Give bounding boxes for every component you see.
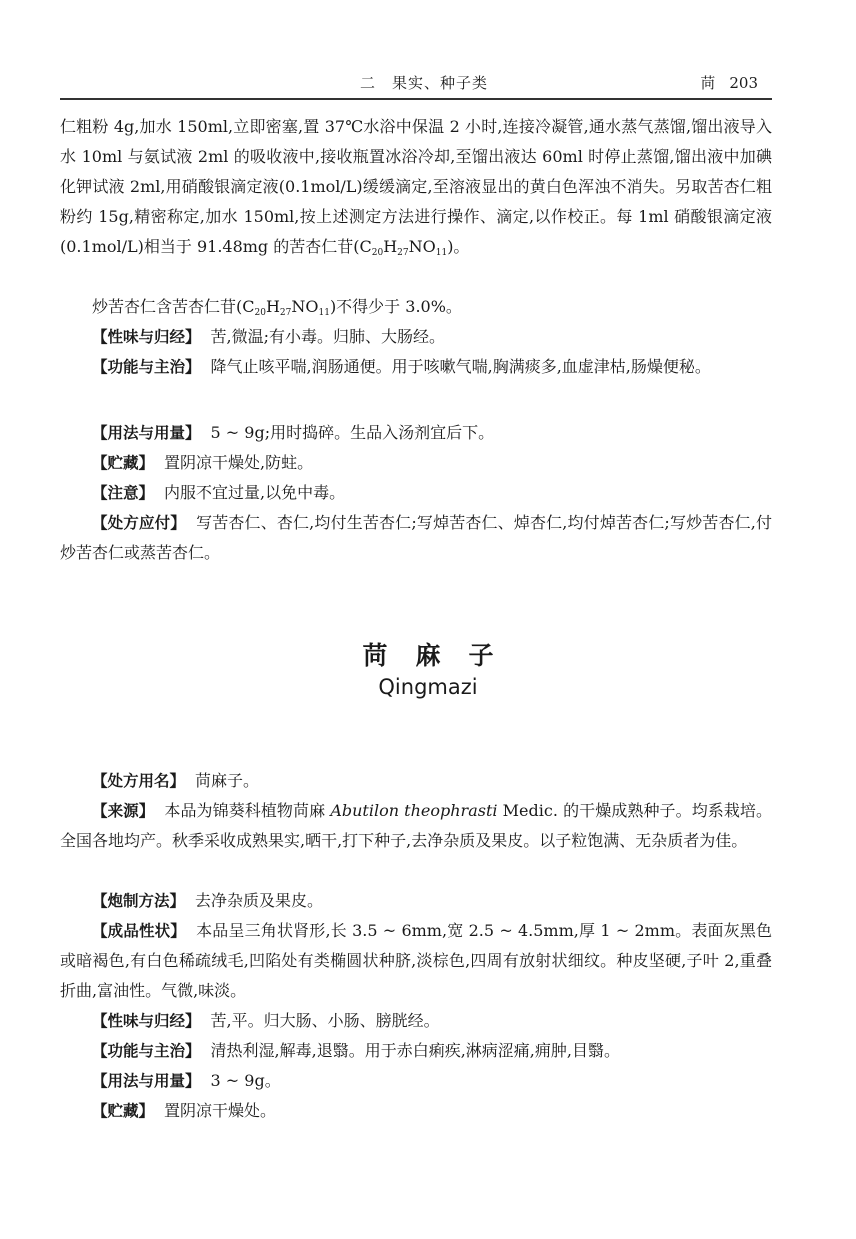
latin-name: Abutilon theophrasti	[330, 801, 497, 820]
prev-section-nature: 【性味与归经】苦,微温;有小毒。归肺、大肠经。	[60, 322, 772, 352]
prev-section-dispensing: 【处方应付】写苦杏仁、杏仁,均付生苦杏仁;写焯苦杏仁、焯杏仁,均付焯苦杏仁;写炒…	[60, 508, 772, 568]
prev-section-caution: 【注意】内服不宜过量,以免中毒。	[60, 478, 772, 508]
running-entry-char: 苘	[700, 74, 715, 92]
running-section-title: 二 果实、种子类	[360, 72, 488, 93]
prev-section-dosage: 【用法与用量】5 ~ 9g;用时捣碎。生品入汤剂宜后下。	[60, 418, 772, 448]
section-dosage: 【用法与用量】3 ~ 9g。	[60, 1066, 772, 1096]
page-header: 二 果实、种子类 苘203	[60, 70, 772, 98]
section-processing: 【炮制方法】去净杂质及果皮。	[60, 886, 772, 916]
prev-section-storage: 【贮藏】置阴凉干燥处,防蛀。	[60, 448, 772, 478]
prev-section-function: 【功能与主治】降气止咳平喘,润肠通便。用于咳嗽气喘,胸满痰多,血虚津枯,肠燥便秘…	[60, 352, 772, 382]
assay-continuation: 仁粗粉 4g,加水 150ml,立即密塞,置 37℃水浴中保温 2 小时,连接冷…	[60, 112, 772, 268]
header-rule	[60, 98, 772, 100]
section-storage: 【贮藏】置阴凉干燥处。	[60, 1096, 772, 1126]
section-function: 【功能与主治】清热利湿,解毒,退翳。用于赤白痢疾,淋病涩痛,痈肿,目翳。	[60, 1036, 772, 1066]
section-characteristics: 【成品性状】本品呈三角状肾形,长 3.5 ~ 6mm,宽 2.5 ~ 4.5mm…	[60, 916, 772, 1006]
running-entry-and-page: 苘203	[686, 72, 758, 93]
entry-pinyin: Qingmazi	[0, 675, 856, 699]
section-nature-meridian: 【性味与归经】苦,平。归大肠、小肠、膀胱经。	[60, 1006, 772, 1036]
entry-title: 苘麻子	[0, 636, 856, 672]
page-number: 203	[729, 74, 758, 92]
section-source: 【来源】本品为锦葵科植物苘麻 Abutilon theophrasti Medi…	[60, 796, 772, 856]
section-prescription-name: 【处方用名】苘麻子。	[60, 766, 772, 796]
